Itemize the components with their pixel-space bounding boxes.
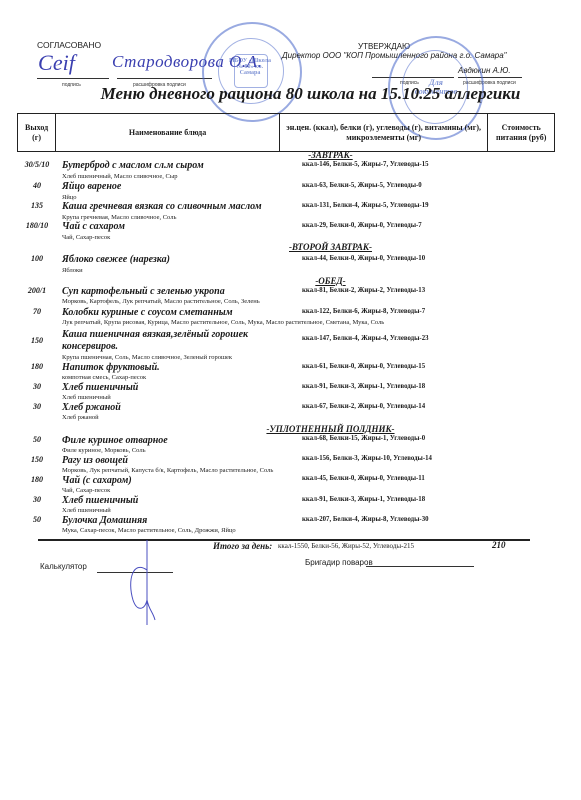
section-second-breakfast: -ВТОРОЙ ЗАВТРАК- — [0, 242, 581, 252]
section-lunch: -ОБЕД- — [0, 276, 581, 286]
left-signature: Сеіf — [38, 50, 75, 76]
total-nutrition: ккал-1550, Белки-56, Жиры-52, Углеводы-2… — [278, 542, 414, 550]
calculator-label: Калькулятор — [40, 562, 87, 571]
section-afternoon-snack: -УПЛОТНЕННЫЙ ПОЛДНИК- — [0, 424, 581, 434]
section-breakfast: -ЗАВТРАК- — [0, 150, 581, 160]
column-nutrition: эн.цен. (ккал), белки (г), углеводы (г),… — [279, 114, 487, 152]
left-decode-line — [117, 78, 212, 79]
school-stamp-text: МБОУ «Школа № 80» г.о. Самара — [226, 58, 274, 76]
menu-table-header: Выход (г) Наименование блюда эн.цен. (кк… — [17, 113, 555, 152]
total-cost: 210 — [492, 540, 506, 550]
column-dish-name: Наименование блюда — [56, 114, 280, 152]
total-label: Итого за день: — [213, 541, 272, 551]
chef-label: Бригадир поваров — [305, 558, 373, 567]
approved-label: СОГЛАСОВАНО — [37, 40, 101, 50]
left-signature-line — [37, 78, 109, 79]
calculator-signature — [125, 540, 165, 630]
chef-signature-line — [366, 566, 474, 567]
column-cost: Стоимость питания (руб) — [488, 114, 555, 152]
total-divider — [38, 539, 530, 541]
page-title: Меню дневного рациона 80 школа на 15.10.… — [0, 84, 581, 104]
column-output: Выход (г) — [18, 114, 56, 152]
school-stamp: МБОУ «Школа № 80» г.о. Самара — [202, 22, 302, 122]
